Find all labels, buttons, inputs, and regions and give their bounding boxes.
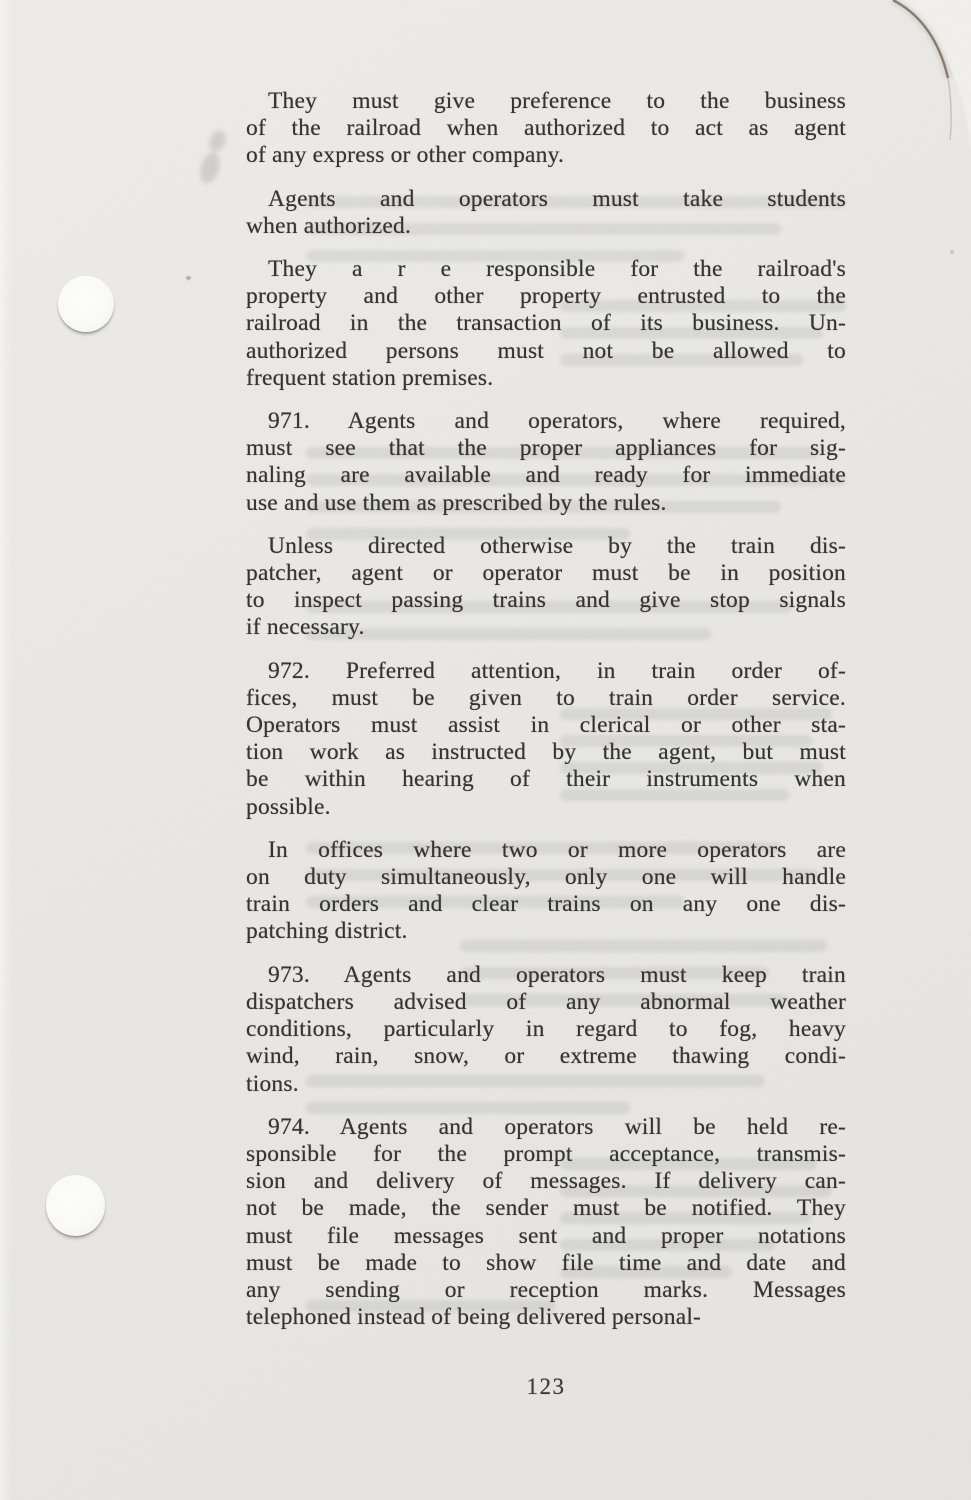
text-line: must see that the proper appliances for … xyxy=(246,435,846,462)
scanned-page: They must give preference to the busines… xyxy=(0,0,971,1500)
text-line: telephoned instead of being delivered pe… xyxy=(246,1304,846,1331)
text-line: possible. xyxy=(246,794,846,821)
text-line: naling are available and ready for immed… xyxy=(246,462,846,489)
smudge-mark xyxy=(198,124,240,194)
paragraph: They a r e responsible for the railroad'… xyxy=(246,256,846,392)
smudge-blob xyxy=(197,150,223,186)
smudge-blob xyxy=(206,128,229,154)
paragraph: 974. Agents and operators will be held r… xyxy=(246,1114,846,1332)
text-line: Agents and operators must take students xyxy=(246,186,846,213)
text-line: patcher, agent or operator must be in po… xyxy=(246,560,846,587)
text-line: any sending or reception marks. Messages xyxy=(246,1277,846,1304)
curl-soft-shadow xyxy=(893,0,948,78)
text-line: railroad in the transaction of its busin… xyxy=(246,310,846,337)
text-line: to inspect passing trains and give stop … xyxy=(246,587,846,614)
scan-edge-highlight xyxy=(0,0,12,1500)
text-line: conditions, particularly in regard to fo… xyxy=(246,1016,846,1043)
body-text: They must give preference to the busines… xyxy=(246,88,846,1347)
text-line: must be made to show file time and date … xyxy=(246,1250,846,1277)
text-line: authorized persons must not be allowed t… xyxy=(246,338,846,365)
text-line: Operators must assist in clerical or oth… xyxy=(246,712,846,739)
ink-speck xyxy=(186,276,191,280)
text-line: patching district. xyxy=(246,918,846,945)
paragraph: In offices where two or more operators a… xyxy=(246,837,846,946)
text-line: be within hearing of their instruments w… xyxy=(246,766,846,793)
text-line: fices, must be given to train order serv… xyxy=(246,685,846,712)
text-line: train orders and clear trains on any one… xyxy=(246,891,846,918)
text-line: not be made, the sender must be notified… xyxy=(246,1195,846,1222)
paragraph: 971. Agents and operators, where require… xyxy=(246,408,846,517)
text-line: They must give preference to the busines… xyxy=(246,88,846,115)
text-line: of any express or other company. xyxy=(246,142,846,169)
text-line: In offices where two or more operators a… xyxy=(246,837,846,864)
text-line: when authorized. xyxy=(246,213,846,240)
text-line: 971. Agents and operators, where require… xyxy=(246,408,846,435)
paragraph: They must give preference to the busines… xyxy=(246,88,846,170)
text-line: property and other property entrusted to… xyxy=(246,283,846,310)
text-line: 974. Agents and operators will be held r… xyxy=(246,1114,846,1141)
paragraph: Agents and operators must take studentsw… xyxy=(246,186,846,240)
text-line: Unless directed otherwise by the train d… xyxy=(246,533,846,560)
text-line: They a r e responsible for the railroad'… xyxy=(246,256,846,283)
text-line: 972. Preferred attention, in train order… xyxy=(246,658,846,685)
page-number: 123 xyxy=(246,1374,846,1400)
text-line: tions. xyxy=(246,1071,846,1098)
paragraph: 972. Preferred attention, in train order… xyxy=(246,658,846,821)
text-line: sponsible for the prompt acceptance, tra… xyxy=(246,1141,846,1168)
text-line: sion and delivery of messages. If delive… xyxy=(246,1168,846,1195)
text-line: 973. Agents and operators must keep trai… xyxy=(246,962,846,989)
ink-speck xyxy=(950,250,954,254)
punch-hole-top xyxy=(58,276,114,332)
text-line: tion work as instructed by the agent, bu… xyxy=(246,739,846,766)
paragraph: Unless directed otherwise by the train d… xyxy=(246,533,846,642)
text-line: use and use them as prescribed by the ru… xyxy=(246,490,846,517)
punch-hole-bottom xyxy=(46,1175,105,1236)
paragraph: 973. Agents and operators must keep trai… xyxy=(246,962,846,1098)
text-line: must file messages sent and proper notat… xyxy=(246,1223,846,1250)
curl-lifted-area xyxy=(893,0,971,152)
text-line: wind, rain, snow, or extreme thawing con… xyxy=(246,1043,846,1070)
curl-crease-line xyxy=(893,0,948,78)
text-line: frequent station premises. xyxy=(246,365,846,392)
text-line: of the railroad when authorized to act a… xyxy=(246,115,846,142)
text-line: dispatchers advised of any abnormal weat… xyxy=(246,989,846,1016)
text-line: on duty simultaneously, only one will ha… xyxy=(246,864,846,891)
curl-crease-tail xyxy=(948,78,951,140)
text-line: if necessary. xyxy=(246,614,846,641)
